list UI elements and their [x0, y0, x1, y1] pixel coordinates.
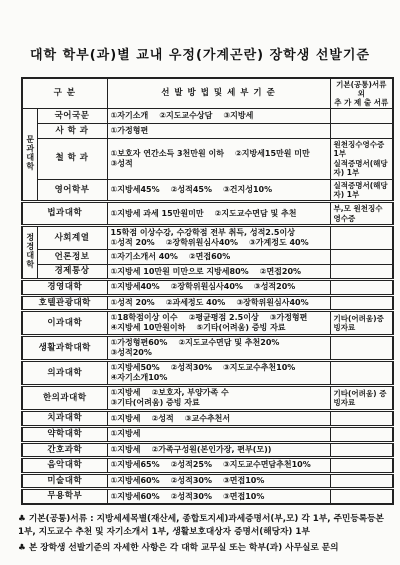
table-row: 사 학 과①가정형편 [22, 124, 393, 139]
department-cell: 이과대학 [22, 311, 107, 336]
criteria-segment: ②장학위원심사40% [171, 282, 243, 292]
documents-cell [330, 473, 393, 489]
table-row: 약학대학①지방세 [22, 426, 393, 442]
criteria-segment: ①성적 20% [111, 298, 155, 308]
criteria-line: ①지방세 [111, 429, 327, 439]
table-row: 음악대학①지방세65%②성적25%③지도교수면담추천10% [22, 458, 393, 474]
department-cell: 법과대학 [22, 202, 107, 226]
documents-cell [330, 458, 393, 474]
criteria-segment: ③성적 [111, 159, 133, 169]
department-cell: 호텔관광대학 [22, 295, 107, 311]
document-line: 실적증명서(해당자) 1부 [334, 159, 390, 178]
criteria-cell: ①지방세65%②성적25%③지도교수면담추천10% [107, 458, 330, 474]
criteria-line: ①성적 20%②장학위원심사40%③가계정도 40% [111, 238, 327, 248]
page-title: 대학 학부(과)별 교내 우정(가계곤란) 장학생 선발기준 [0, 44, 400, 63]
documents-cell [330, 280, 393, 296]
criteria-line: ①지방세②성적③교수추천서 [111, 414, 327, 424]
documents-cell [330, 426, 393, 442]
criteria-segment: ②성적45% [171, 185, 212, 195]
criteria-line: ①성적 20%②과세정도 40%③장학위원심사40% [111, 298, 327, 308]
table-row: 경제통상①지방세 10만원 미만으로 지방세80%②면접20% [22, 265, 393, 280]
criteria-segment: ③지도교수추천10% [223, 363, 295, 373]
criteria-segment: ⑤기타(어려움) 증빙 자료 [196, 323, 285, 333]
table-row: 생활과학대학①가정형편60%②지도교수면담 및 추천20%③성적20% [22, 336, 393, 361]
header-documents-line1: 기본(공통)서류 외 [334, 80, 390, 98]
table-row: 경영대학①지방세40%②장학위원심사40%③성적20% [22, 280, 393, 296]
criteria-segment: ③기타(어려움) 증빙 자료 [111, 398, 200, 408]
department-cell: 무용학부 [22, 489, 107, 504]
table-row: 무용학부①지방세60%②성적30%③면접10% [22, 489, 393, 504]
documents-cell [330, 411, 393, 427]
criteria-line: 15학점 이상수강, 수강학점 전부 취득, 성적2.5이상 [111, 228, 327, 238]
criteria-segment: ①지방세40% [111, 282, 160, 292]
criteria-segment: ②가족구성원(본인가장, 편부(모)) [151, 445, 271, 455]
criteria-line: ①18학점이상 이수②평균평점 2.5이상③가정형편 [111, 313, 327, 323]
criteria-line: ①지방세 10만원 미만으로 지방세80%②면접20% [111, 267, 327, 277]
criteria-segment: ③지방세 [223, 111, 253, 121]
table-row: 철 학 과①보호자 연간소득 3천만원 이하②지방세15만원 미만③성적원천징수… [22, 139, 393, 180]
department-cell: 간호과학 [22, 442, 107, 458]
department-cell: 의과대학 [22, 361, 107, 386]
college-group-cell: 문과대학 [22, 109, 37, 202]
criteria-cell: ①지방세 과세 15만원미만②지도교수면담 및 추천 [107, 202, 330, 226]
criteria-segment: ③성적20% [111, 348, 152, 358]
criteria-line: ①지방세②보호자, 부양가족 수③기타(어려움) 증빙 자료 [111, 388, 327, 408]
criteria-cell: ①가정형편 [107, 124, 330, 139]
college-group-cell: 정경대학 [22, 226, 37, 280]
document-line: 부,모 원천징수영수증 [334, 204, 390, 223]
criteria-segment: ①보호자 연간소득 3천만원 이하 [111, 149, 224, 159]
criteria-line: ①가정형편 [111, 126, 327, 136]
criteria-cell: ①지방세60%②성적30%③면접10% [107, 473, 330, 489]
department-cell: 철 학 과 [37, 139, 107, 180]
criteria-line: ①지방세 과세 15만원미만②지도교수면담 및 추천 [111, 209, 327, 219]
criteria-cell: ①지방세60%②성적30%③면접10% [107, 489, 330, 504]
department-cell: 음악대학 [22, 458, 107, 474]
criteria-segment: ①지방세 과세 15만원미만 [111, 209, 204, 219]
criteria-segment: ③장학위원심사40% [236, 298, 308, 308]
table-row: 영어학부①지방세45%②성적45%③건지성10%실적증명서(해당자) 1부 [22, 179, 393, 202]
documents-cell: 원천징수영수증 1부실적증명서(해당자) 1부 [330, 139, 393, 180]
documents-cell [330, 489, 393, 504]
criteria-segment: ②지도교수상담 [159, 111, 212, 121]
criteria-segment: ③가정형편 [270, 313, 308, 323]
criteria-segment: ①자기소개 [111, 111, 149, 121]
criteria-line: ①지방세50%②성적30%③지도교수추천10% [111, 363, 327, 373]
table-row: 호텔관광대학①성적 20%②과세정도 40%③장학위원심사40% [22, 295, 393, 311]
criteria-segment: ①지방세45% [111, 185, 160, 195]
criteria-cell: ①지방세45%②성적45%③건지성10% [107, 179, 330, 202]
header-criteria: 선 발 방 법 및 세 부 기 준 [107, 78, 330, 109]
documents-cell [330, 124, 393, 139]
criteria-cell: ①지방세②성적③교수추천서 [107, 411, 330, 427]
criteria-segment: ③면접10% [223, 492, 264, 502]
table-row: 한의과대학①지방세②보호자, 부양가족 수③기타(어려움) 증빙 자료기타(어려… [22, 386, 393, 411]
college-group-label: 문과대학 [25, 135, 35, 171]
department-cell: 언론정보 [37, 250, 107, 265]
criteria-segment: ①지방세60% [111, 492, 160, 502]
criteria-segment: ④지방세 10만원이하 [111, 323, 186, 333]
footer-notes: ♣ 기본(공통)서류 : 지방세세목별(재산세, 종합토지세)과세증명서(부,모… [18, 513, 386, 555]
table-row: 미술대학①지방세60%②성적30%③면접10% [22, 473, 393, 489]
criteria-line: ①지방세40%②장학위원심사40%③성적20% [111, 282, 327, 292]
table-body: 문과대학국어국문①자기소개②지도교수상담③지방세사 학 과①가정형편철 학 과①… [22, 109, 393, 505]
documents-cell [330, 265, 393, 280]
header-documents-line2: 추 가 제 출 서류 [334, 98, 390, 107]
criteria-segment: ①지방세 [111, 388, 141, 398]
department-cell: 생활과학대학 [22, 336, 107, 361]
documents-cell: 기타(어려움) 증빙자료 [330, 386, 393, 411]
criteria-segment: ②장학위원심사40% [166, 238, 238, 248]
criteria-line: ④지방세 10만원이하⑤기타(어려움) 증빙 자료 [111, 323, 327, 333]
department-cell: 사 학 과 [37, 124, 107, 139]
table-row: 치과대학①지방세②성적③교수추천서 [22, 411, 393, 427]
table-row: 법과대학①지방세 과세 15만원미만②지도교수면담 및 추천부,모 원천징수영수… [22, 202, 393, 226]
criteria-cell: ①지방세50%②성적30%③지도교수추천10%④자기소개10% [107, 361, 330, 386]
department-cell: 영어학부 [37, 179, 107, 202]
criteria-segment: ③건지성10% [223, 185, 272, 195]
documents-cell [330, 226, 393, 250]
criteria-segment: ③면접10% [223, 476, 264, 486]
criteria-line: ③성적 [111, 159, 327, 169]
table-row: 의과대학①지방세50%②성적30%③지도교수추천10%④자기소개10% [22, 361, 393, 386]
criteria-segment: ①가정형편 [111, 126, 149, 136]
criteria-segment: ③성적20% [254, 282, 295, 292]
department-cell: 치과대학 [22, 411, 107, 427]
documents-cell: 부,모 원천징수영수증 [330, 202, 393, 226]
criteria-line: ①지방세45%②성적45%③건지성10% [111, 185, 327, 195]
criteria-segment: ②지도교수면담 및 추천20% [178, 338, 279, 348]
department-cell: 경제통상 [37, 265, 107, 280]
criteria-cell: ①지방세 [107, 426, 330, 442]
table-row: 정경대학사회계열15학점 이상수강, 수강학점 전부 취득, 성적2.5이상①성… [22, 226, 393, 250]
criteria-line: ①자기소개②지도교수상담③지방세 [111, 111, 327, 121]
criteria-segment: ②보호자, 부양가족 수 [151, 388, 228, 398]
criteria-segment: ①지방세50% [111, 363, 160, 373]
criteria-line: ①지방세60%②성적30%③면접10% [111, 476, 327, 486]
documents-cell [330, 295, 393, 311]
criteria-segment: ②과세정도 40% [166, 298, 226, 308]
document-line: 기타(어려움) 증빙자료 [334, 389, 390, 408]
criteria-segment: ①지방세 [111, 414, 141, 424]
documents-cell [330, 361, 393, 386]
criteria-segment: ②평균평점 2.5이상 [189, 313, 259, 323]
department-cell: 사회계열 [37, 226, 107, 250]
documents-cell [330, 336, 393, 361]
criteria-line: ①보호자 연간소득 3천만원 이하②지방세15만원 미만 [111, 149, 327, 159]
criteria-cell: ①성적 20%②과세정도 40%③장학위원심사40% [107, 295, 330, 311]
table-row: 간호과학①지방세②가족구성원(본인가장, 편부(모)) [22, 442, 393, 458]
criteria-segment: ①가정형편60% [111, 338, 168, 348]
table-row: 이과대학①18학점이상 이수②평균평점 2.5이상③가정형편④지방세 10만원이… [22, 311, 393, 336]
criteria-segment: ②성적 [151, 414, 173, 424]
criteria-line: ①지방세60%②성적30%③면접10% [111, 492, 327, 502]
criteria-segment: ①지방세 [111, 429, 141, 439]
department-cell: 경영대학 [22, 280, 107, 296]
criteria-segment: ①성적 20% [111, 238, 155, 248]
criteria-cell: ①가정형편60%②지도교수면담 및 추천20%③성적20% [107, 336, 330, 361]
table-row: 언론정보①자기소개서 40%②면접60% [22, 250, 393, 265]
documents-cell: 실적증명서(해당자) 1부 [330, 179, 393, 202]
criteria-segment: ②성적30% [171, 476, 212, 486]
table-row: 문과대학국어국문①자기소개②지도교수상담③지방세 [22, 109, 393, 124]
criteria-segment: ①18학점이상 이수 [111, 313, 178, 323]
department-cell: 미술대학 [22, 473, 107, 489]
criteria-segment: ①지방세 10만원 미만으로 지방세80% [111, 267, 249, 277]
criteria-segment: ②성적30% [171, 492, 212, 502]
footer-note-inquiry: ♣ 본 장학생 선발기준의 자세한 사항은 각 대학 교무실 또는 학부(과) … [18, 542, 386, 555]
criteria-segment: ②면접20% [260, 267, 301, 277]
footer-note-basic-documents: ♣ 기본(공통)서류 : 지방세세목별(재산세, 종합토지세)과세증명서(부,모… [18, 513, 386, 540]
criteria-cell: ①지방세40%②장학위원심사40%③성적20% [107, 280, 330, 296]
criteria-line: ①지방세②가족구성원(본인가장, 편부(모)) [111, 445, 327, 455]
criteria-line: ①자기소개서 40%②면접60% [111, 252, 327, 262]
college-group-label: 정경대학 [25, 233, 35, 269]
criteria-cell: ①보호자 연간소득 3천만원 이하②지방세15만원 미만③성적 [107, 139, 330, 180]
header-documents: 기본(공통)서류 외 추 가 제 출 서류 [330, 78, 393, 109]
document-line: 기타(어려움)증빙자료 [334, 314, 390, 333]
document-line: 원천징수영수증 1부 [334, 140, 390, 159]
department-cell: 국어국문 [37, 109, 107, 124]
criteria-segment: ②지도교수면담 및 추천 [215, 209, 297, 219]
criteria-segment: ②성적25% [171, 460, 212, 470]
criteria-segment: ②지방세15만원 미만 [235, 149, 310, 159]
criteria-segment: 15학점 이상수강, 수강학점 전부 취득, 성적2.5이상 [111, 228, 295, 238]
criteria-cell: ①자기소개②지도교수상담③지방세 [107, 109, 330, 124]
criteria-segment: ①지방세60% [111, 476, 160, 486]
criteria-segment: ③교수추천서 [185, 414, 230, 424]
criteria-segment: ②성적30% [171, 363, 212, 373]
criteria-line: ①가정형편60%②지도교수면담 및 추천20%③성적20% [111, 338, 327, 358]
criteria-line: ①지방세65%②성적25%③지도교수면담추천10% [111, 460, 327, 470]
criteria-segment: ③가계정도 40% [249, 238, 309, 248]
criteria-cell: ①지방세②가족구성원(본인가장, 편부(모)) [107, 442, 330, 458]
criteria-segment: ③지도교수면담추천10% [223, 460, 311, 470]
criteria-cell: ①지방세②보호자, 부양가족 수③기타(어려움) 증빙 자료 [107, 386, 330, 411]
header-row: 구 분 선 발 방 법 및 세 부 기 준 기본(공통)서류 외 추 가 제 출… [22, 78, 393, 109]
criteria-cell: ①지방세 10만원 미만으로 지방세80%②면접20% [107, 265, 330, 280]
criteria-segment: ①자기소개서 40% [111, 252, 178, 262]
scholarship-criteria-table: 구 분 선 발 방 법 및 세 부 기 준 기본(공통)서류 외 추 가 제 출… [21, 77, 394, 505]
documents-cell [330, 442, 393, 458]
criteria-segment: ①지방세65% [111, 460, 160, 470]
criteria-cell: ①자기소개서 40%②면접60% [107, 250, 330, 265]
criteria-segment: ②면접60% [189, 252, 230, 262]
documents-cell: 기타(어려움)증빙자료 [330, 311, 393, 336]
criteria-line: ④자기소개10% [111, 373, 327, 383]
criteria-segment: ④자기소개10% [111, 373, 168, 383]
criteria-cell: ①18학점이상 이수②평균평점 2.5이상③가정형편④지방세 10만원이하⑤기타… [107, 311, 330, 336]
department-cell: 약학대학 [22, 426, 107, 442]
criteria-cell: 15학점 이상수강, 수강학점 전부 취득, 성적2.5이상①성적 20%②장학… [107, 226, 330, 250]
header-category: 구 분 [22, 78, 107, 109]
documents-cell [330, 109, 393, 124]
document-line: 실적증명서(해당자) 1부 [334, 181, 390, 200]
criteria-segment: ①지방세 [111, 445, 141, 455]
department-cell: 한의과대학 [22, 386, 107, 411]
documents-cell [330, 250, 393, 265]
